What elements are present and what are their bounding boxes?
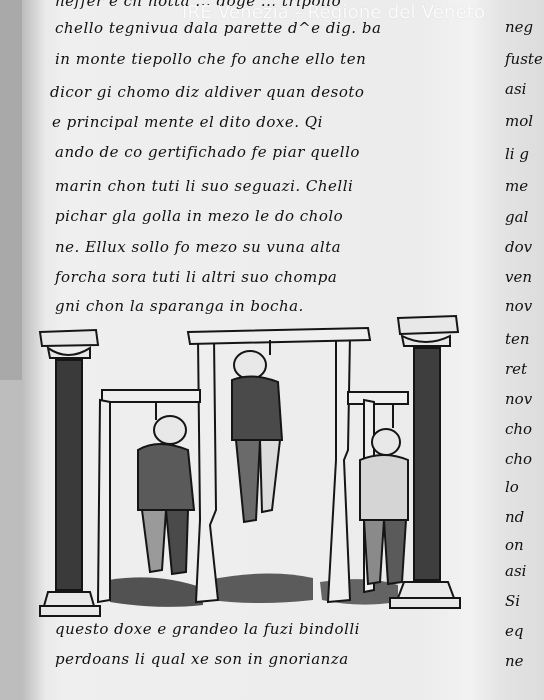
figure-center <box>232 351 282 522</box>
text-fragment: mol <box>505 112 533 130</box>
text-fragment: li g <box>505 145 529 163</box>
caption-line: perdoans li qual xe son in gnorianza <box>55 650 349 668</box>
figure-left <box>138 416 194 574</box>
text-fragment: neg <box>505 18 533 36</box>
text-line: e principal mente el dito doxe. Qi <box>52 113 323 131</box>
text-fragment: ven <box>505 268 532 286</box>
text-fragment: nov <box>505 297 532 315</box>
text-fragment: Si <box>505 592 520 610</box>
text-line: ando de co gertifichado fe piar quello <box>55 143 360 161</box>
text-fragment: dov <box>505 238 532 256</box>
text-fragment: ten <box>505 330 530 348</box>
text-line: in monte tiepollo che fo anche ello ten <box>55 50 366 68</box>
text-fragment: lo <box>505 478 519 496</box>
text-fragment: gal <box>505 208 528 226</box>
text-fragment: cho <box>505 450 532 468</box>
text-fragment: asi <box>505 80 526 98</box>
page-edge-shadow <box>0 0 22 380</box>
text-line: ne. Ellux sollo fo mezo su vuna alta <box>55 238 341 256</box>
text-fragment: me <box>505 177 528 195</box>
text-fragment: nov <box>505 390 532 408</box>
text-fragment: ne <box>505 652 524 670</box>
text-line: dicor gi chomo diz aldiver quan desoto <box>50 83 364 101</box>
gallows-illustration <box>38 310 463 630</box>
text-line: forcha sora tuti li altri suo chompa <box>55 268 337 286</box>
page-edge-shadow-lower <box>0 380 22 700</box>
left-column <box>40 330 100 616</box>
caption-line: questo doxe e grandeo la fuzi bindolli <box>55 620 360 638</box>
text-fragment: ret <box>505 360 527 378</box>
text-fragment: fuste <box>505 50 543 68</box>
text-fragment: nd <box>505 508 524 526</box>
text-fragment: eq <box>505 622 523 640</box>
text-line: pichar gla golla in mezo le do cholo <box>55 207 343 225</box>
manuscript-page: neffer e ch notta ... doge ... tripollo … <box>0 0 544 700</box>
watermark: IRE Venezia - Regione del Veneto <box>182 2 485 23</box>
text-fragment: cho <box>505 420 532 438</box>
text-fragment: on <box>505 536 524 554</box>
text-line: marin chon tuti li suo seguazi. Chelli <box>55 177 353 195</box>
text-fragment: asi <box>505 562 526 580</box>
